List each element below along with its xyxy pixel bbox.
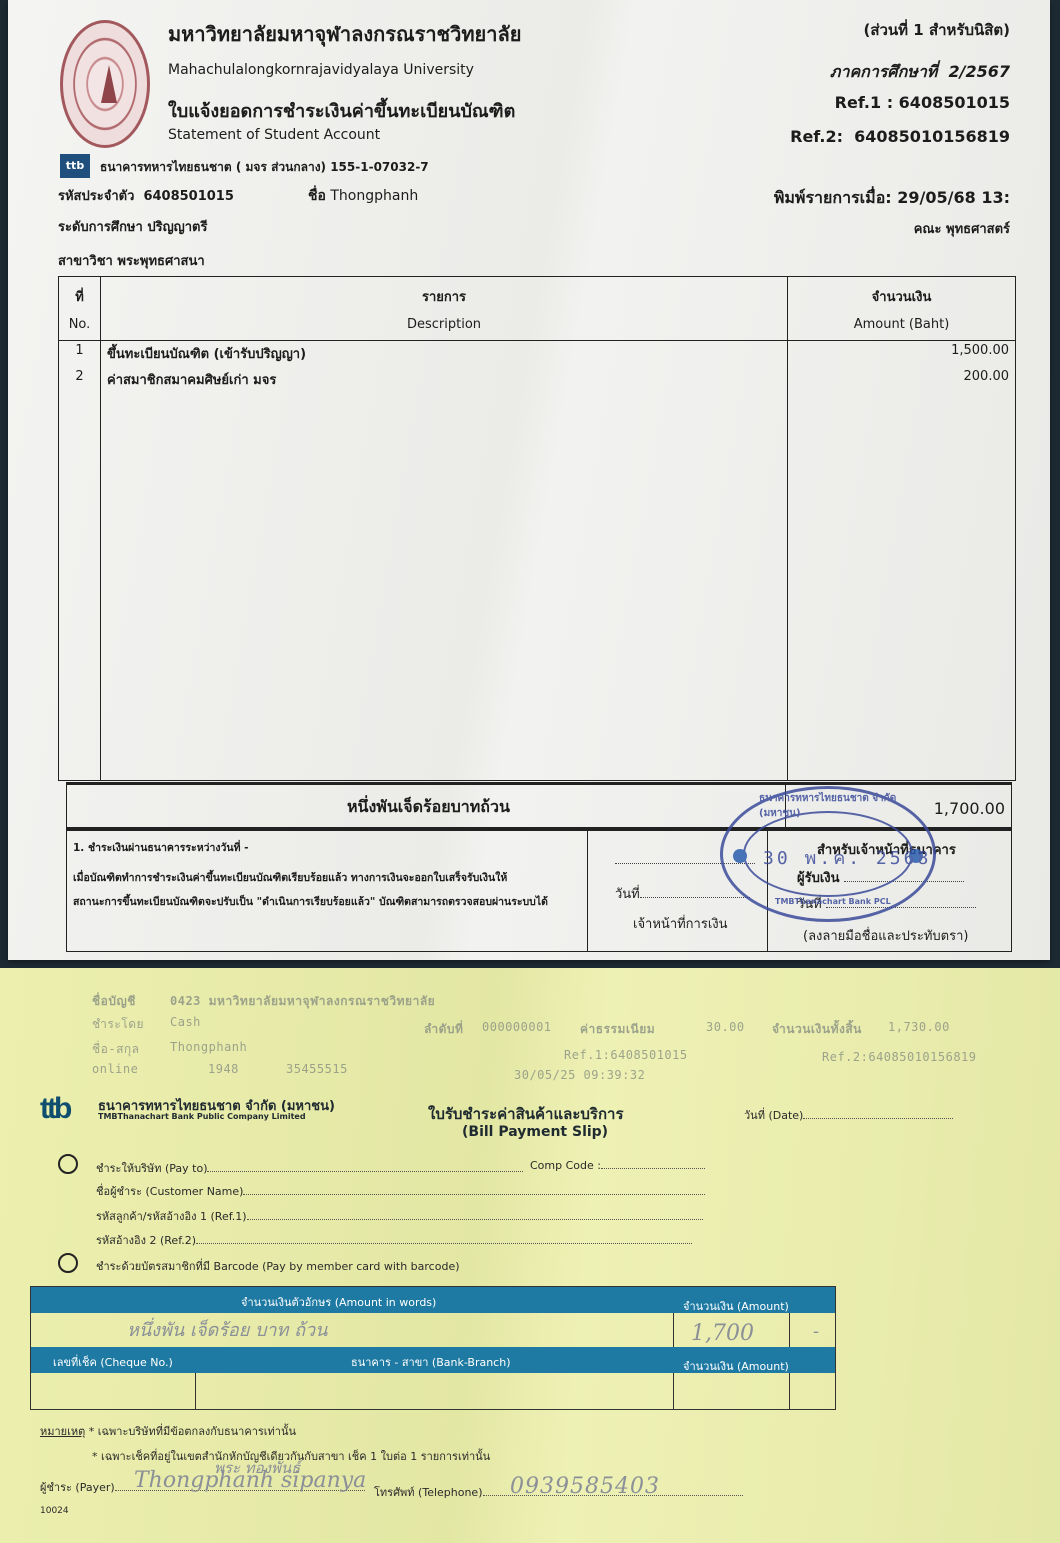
form-number: 10024 <box>40 1506 69 1516</box>
bank-branch-cell[interactable] <box>673 1373 674 1409</box>
printed-value: 29/05/68 13: <box>897 188 1010 207</box>
stupa-icon <box>101 65 117 103</box>
university-name-en: Mahachulalongkornrajavidyalaya Universit… <box>168 62 474 78</box>
row-no: 2 <box>59 367 101 393</box>
printout-name-label: ชื่อ-สกุล <box>92 1040 140 1059</box>
student-account-statement: มหาวิทยาลัยมหาจุฬาลงกรณราชวิทยาลัย Mahac… <box>8 0 1050 960</box>
comp-code-label: Comp Code : <box>530 1159 601 1172</box>
slip-date-field[interactable]: วันที่ (Date) <box>744 1106 953 1124</box>
slip-title-en: (Bill Payment Slip) <box>462 1124 608 1140</box>
amount2-cell[interactable] <box>789 1373 790 1409</box>
barcode-label: ชำระด้วยบัตรสมาชิกที่มี Barcode (Pay by … <box>96 1257 460 1275</box>
university-name-th: มหาวิทยาลัยมหาจุฬาลงกรณราชวิทยาลัย <box>168 18 521 50</box>
ref1-value: 6408501015 <box>899 93 1010 112</box>
printout-total-label: จำนวนเงินทั้งสิ้น <box>772 1020 862 1039</box>
education-level: ระดับการศึกษา ปริญญาตรี <box>58 216 207 237</box>
no-en: No. <box>69 317 91 332</box>
row-no: 1 <box>59 341 101 367</box>
printed-label: พิมพ์รายการเมื่อ: <box>774 188 892 207</box>
telephone-label: โทรศัพท์ (Telephone) <box>374 1486 483 1499</box>
term-label: ภาคการศึกษาที่ <box>830 62 937 81</box>
payer-value[interactable]: Thongphanh sipanya <box>134 1468 366 1493</box>
column-header-no: ที่No. <box>59 277 101 341</box>
customer-name-label: ชื่อผู้ชำระ (Customer Name) <box>96 1185 243 1198</box>
student-name-value: Thongphanh <box>330 188 418 204</box>
slip-title-th: ใบรับชำระค่าสินค้าและบริการ <box>428 1102 624 1126</box>
printout-total: 1,730.00 <box>888 1020 950 1034</box>
no-th: ที่ <box>59 286 100 307</box>
printout-branch: 1948 <box>208 1062 239 1076</box>
printout-ref1: Ref.1:6408501015 <box>564 1048 688 1062</box>
column-header-amount: จำนวนเงินAmount (Baht) <box>788 277 1016 341</box>
table-header-row: ที่No. รายการDescription จำนวนเงินAmount… <box>59 277 1016 341</box>
amount2-header: จำนวนเงิน (Amount) <box>683 1357 789 1375</box>
pay-by-barcode-radio[interactable] <box>58 1253 78 1273</box>
customer-name-field[interactable]: ชื่อผู้ชำระ (Customer Name) <box>96 1182 705 1200</box>
cashier-label: เจ้าหน้าที่การเงิน <box>633 913 728 934</box>
ttb-logo-icon: ttb <box>60 154 90 178</box>
stamp-date: 30 พ.ค. 2568 <box>763 843 931 872</box>
student-id: รหัสประจำตัว 6408501015 <box>58 185 234 206</box>
telephone-value[interactable]: 0939585403 <box>510 1474 660 1499</box>
amount-table: จำนวนเงินตัวอักษร (Amount in words) จำนว… <box>30 1286 836 1410</box>
ref2-value: 64085010156819 <box>854 127 1010 146</box>
cashier-date-label: วันที่ <box>615 887 640 902</box>
cheque-header-band: เลขที่เช็ค (Cheque No.) ธนาคาร - สาขา (B… <box>31 1347 835 1373</box>
copy-part-label: (ส่วนที่ 1 สำหรับนิสิต) <box>863 18 1010 42</box>
ref1-field[interactable]: รหัสลูกค้า/รหัสอ้างอิง 1 (Ref.1) <box>96 1207 703 1225</box>
bank-received-stamp: ธนาคารทหารไทยธนชาต จำกัด (มหาชน) 30 พ.ค.… <box>720 786 936 922</box>
printout-ref2: Ref.2:64085010156819 <box>822 1050 977 1064</box>
amount-words-value[interactable]: หนึ่งพัน เจ็ดร้อย บาท ถ้วน <box>127 1315 327 1344</box>
ref2-field[interactable]: รหัสอ้างอิง 2 (Ref.2) <box>96 1231 692 1249</box>
pay-to-field[interactable]: ชำระให้บริษัท (Pay to) <box>96 1159 523 1177</box>
amount-en: Amount (Baht) <box>854 317 950 332</box>
faculty: คณะ พุทธศาสตร์ <box>914 218 1010 239</box>
printout-paid-by: Cash <box>170 1015 201 1029</box>
cheque-no-cell[interactable] <box>195 1373 196 1409</box>
comp-code-field[interactable]: Comp Code : <box>530 1159 705 1172</box>
total-in-words: หนึ่งพันเจ็ดร้อยบาทถ้วน <box>347 795 510 820</box>
printout-account-label: ชื่อบัญชี <box>92 992 136 1011</box>
cheque-no-header: เลขที่เช็ค (Cheque No.) <box>53 1353 173 1371</box>
printout-name: Thongphanh <box>170 1040 247 1054</box>
ref1-label: รหัสลูกค้า/รหัสอ้างอิง 1 (Ref.1) <box>96 1210 247 1223</box>
amount-header-band: จำนวนเงินตัวอักษร (Amount in words) จำนว… <box>31 1287 835 1313</box>
student-id-label: รหัสประจำตัว <box>58 189 134 204</box>
printout-fee: 30.00 <box>706 1020 745 1034</box>
ref2: Ref.2: 64085010156819 <box>790 127 1010 146</box>
payer-label: ผู้ชำระ (Payer) <box>40 1481 115 1494</box>
student-name: ชื่อ Thongphanh <box>308 185 418 207</box>
desc-en: Description <box>407 317 481 332</box>
education-level-label: ระดับการศึกษา <box>58 220 143 235</box>
academic-term: ภาคการศึกษาที่ 2/2567 <box>830 60 1010 85</box>
printout-seq: 000000001 <box>482 1020 552 1034</box>
stamp-logo-icon <box>733 849 747 863</box>
row-description: ขึ้นทะเบียนบัณฑิต (เข้ารับปริญญา) <box>101 341 788 367</box>
ref1-label: Ref.1 : <box>835 93 893 112</box>
table-row: 1 ขึ้นทะเบียนบัณฑิต (เข้ารับปริญญา) 1,50… <box>59 341 1016 367</box>
remarks: หมายเหตุ * เฉพาะบริษัทที่มีข้อตกลงกับธนา… <box>40 1422 296 1440</box>
student-id-value: 6408501015 <box>143 189 233 204</box>
major-value: พระพุทธศาสนา <box>117 254 204 269</box>
printout-seq-label: ลำดับที่ <box>424 1020 463 1039</box>
amount-words-header: จำนวนเงินตัวอักษร (Amount in words) <box>241 1293 436 1311</box>
major: สาขาวิชา พระพุทธศาสนา <box>58 250 205 271</box>
table-row: 2 ค่าสมาชิกสมาคมศิษย์เก่า มจร 200.00 <box>59 367 1016 393</box>
pay-to-company-radio[interactable] <box>58 1154 78 1174</box>
column-header-description: รายการDescription <box>101 277 788 341</box>
desc-th: รายการ <box>101 286 787 307</box>
stamp-bank-name: ธนาคารทหารไทยธนชาต จำกัด (มหาชน) <box>759 791 933 821</box>
stamp-bottom-text: TMBThanachart Bank PCL <box>775 897 891 906</box>
amount-value[interactable]: 1,700 <box>691 1321 754 1346</box>
table-filler-row <box>59 393 1016 781</box>
bill-payment-slip: ชื่อบัญชี 0423 มหาวิทยาลัยมหาจุฬาลงกรณรา… <box>0 968 1060 1543</box>
education-level-value: ปริญญาตรี <box>147 220 207 235</box>
printed-timestamp: พิมพ์รายการเมื่อ: 29/05/68 13: <box>774 186 1010 211</box>
bank-account-line: ธนาคารทหารไทยธนชาต ( มจร ส่วนกลาง) 155-1… <box>100 158 429 177</box>
faculty-label: คณะ <box>914 222 942 237</box>
printout-fee-label: ค่าธรรมเนียม <box>580 1020 655 1039</box>
printout-account: 0423 มหาวิทยาลัยมหาจุฬาลงกรณราชวิทยาลัย <box>170 992 435 1011</box>
fee-items-table: ที่No. รายการDescription จำนวนเงินAmount… <box>58 276 1016 781</box>
printout-datetime: 30/05/25 09:39:32 <box>514 1068 645 1082</box>
printout-txn: 35455515 <box>286 1062 348 1076</box>
remark-line: * เฉพาะบริษัทที่มีข้อตกลงกับธนาคารเท่านั… <box>89 1425 296 1438</box>
pay-to-label: ชำระให้บริษัท (Pay to) <box>96 1162 207 1175</box>
amount-satang-value[interactable]: - <box>813 1321 819 1342</box>
ref1: Ref.1 : 6408501015 <box>835 93 1010 112</box>
amount-header: จำนวนเงิน (Amount) <box>683 1297 789 1315</box>
total-amount: 1,700.00 <box>934 799 1005 818</box>
ttb-logo-icon: ttb <box>40 1092 69 1126</box>
note-line: เมื่อบัณฑิตทำการชำระเงินค่าขึ้นทะเบียนบั… <box>73 869 507 886</box>
sign-and-stamp-label: (ลงลายมือชื่อและประทับตรา) <box>803 925 968 946</box>
ref2-label: Ref.2: <box>790 127 843 146</box>
university-seal-logo <box>60 20 150 148</box>
term-value: 2/2567 <box>948 62 1010 81</box>
row-amount: 1,500.00 <box>788 341 1016 367</box>
faculty-value: พุทธศาสตร์ <box>946 222 1010 237</box>
statement-title-en: Statement of Student Account <box>168 127 380 143</box>
statement-title-th: ใบแจ้งยอดการชำระเงินค่าขึ้นทะเบียนบัณฑิต <box>168 96 515 125</box>
amount-th: จำนวนเงิน <box>788 286 1015 307</box>
printout-paid-by-label: ชำระโดย <box>92 1015 144 1034</box>
ref2-label: รหัสอ้างอิง 2 (Ref.2) <box>96 1234 196 1247</box>
major-label: สาขาวิชา <box>58 254 113 269</box>
row-amount: 200.00 <box>788 367 1016 393</box>
row-description: ค่าสมาชิกสมาคมศิษย์เก่า มจร <box>101 367 788 393</box>
bank-branch-header: ธนาคาร - สาขา (Bank-Branch) <box>351 1353 511 1371</box>
student-name-label: ชื่อ <box>308 188 326 204</box>
note-line: 1. ชำระเงินผ่านธนาคารระหว่างวันที่ - <box>73 839 249 856</box>
slip-date-label: วันที่ (Date) <box>744 1109 803 1122</box>
note-line: สถานะการขึ้นทะเบียนบัณฑิตจะปรับเป็น "ดำเ… <box>73 893 548 910</box>
printout-channel: online <box>92 1062 138 1076</box>
remarks-label: หมายเหตุ <box>40 1425 85 1438</box>
bank-name-en: TMBThanachart Bank Public Company Limite… <box>98 1112 306 1121</box>
cashier-date-field: วันที่ <box>615 883 750 904</box>
